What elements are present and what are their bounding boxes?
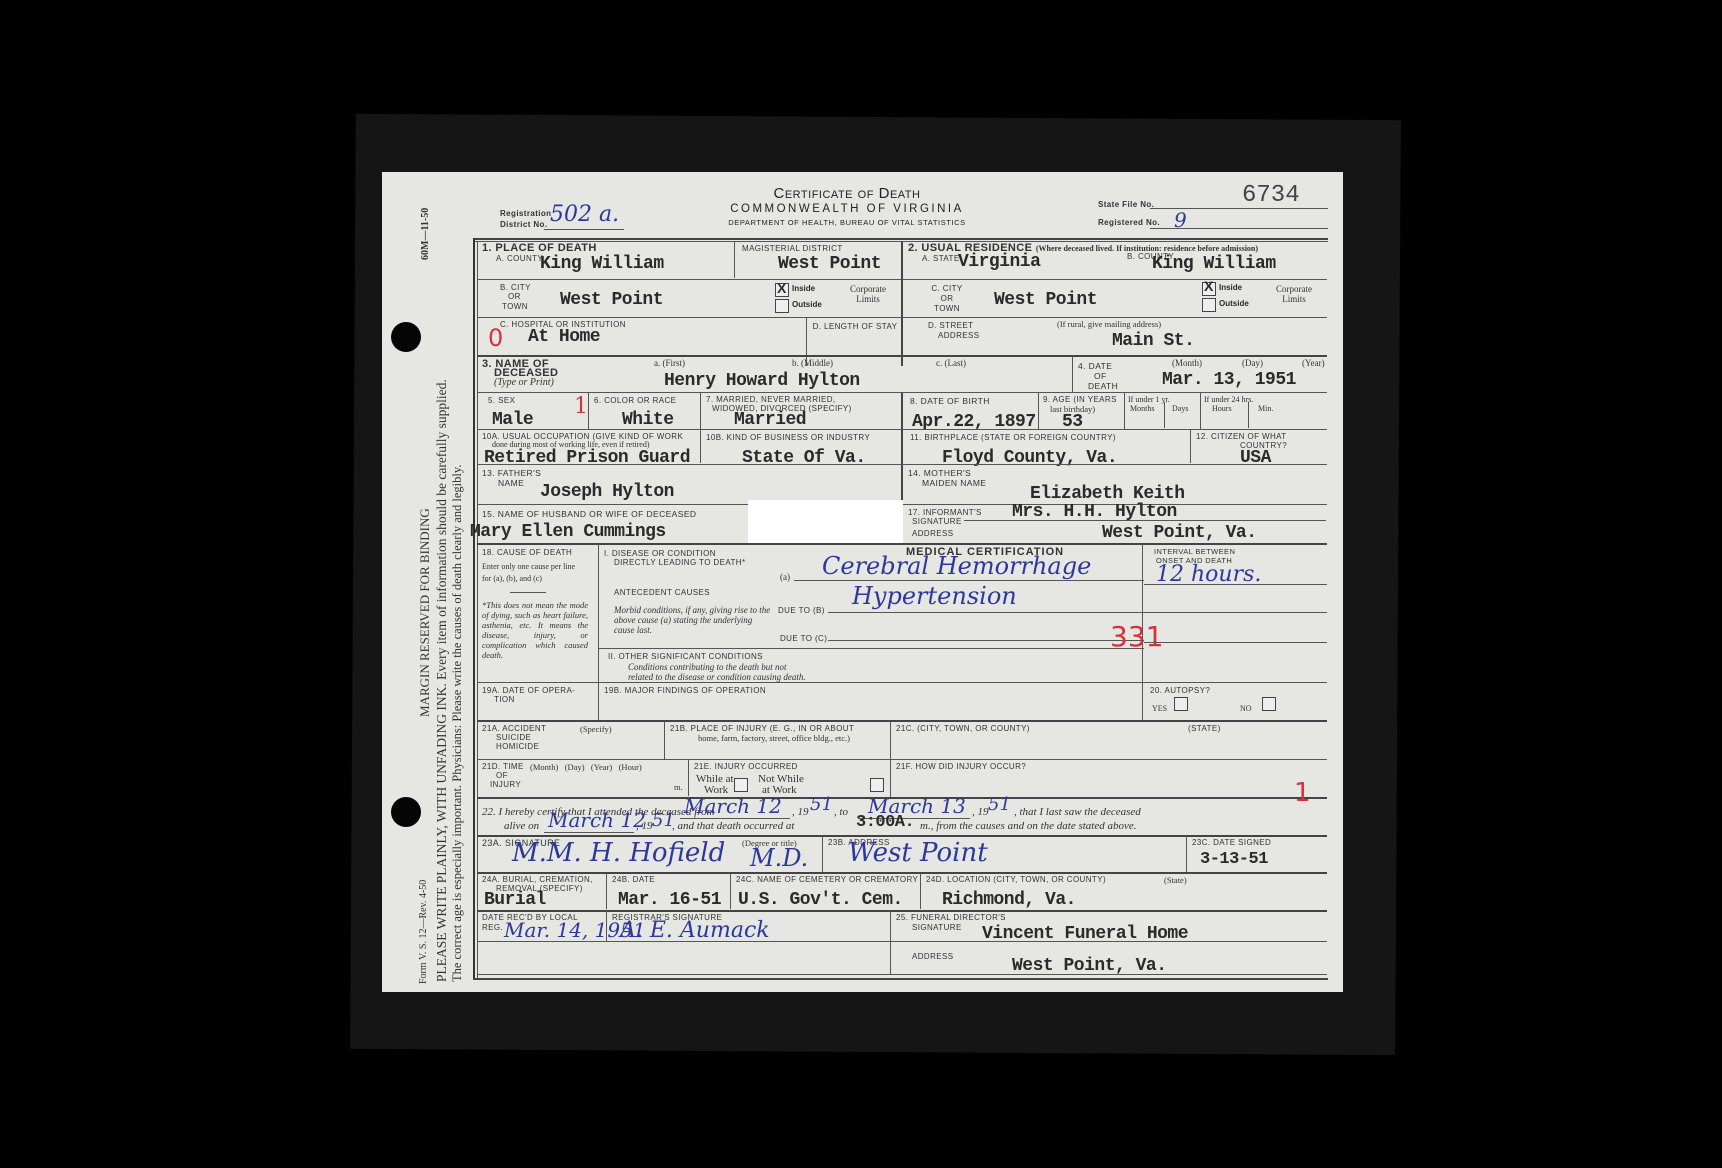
red-mark-certification: 1 [1294, 778, 1311, 808]
red-mark-sex: 1 [574, 394, 588, 419]
first-name-label: a. (First) [654, 358, 685, 368]
outside-checkbox[interactable] [775, 299, 789, 313]
place-county-value: King William [540, 254, 664, 274]
attended-from-year: 51 [810, 794, 833, 815]
mother-maiden-label: Maiden Name [922, 478, 986, 488]
to-label: , to [834, 806, 848, 818]
spouse-label: 15. Name of Husband or Wife of Deceased [482, 509, 696, 519]
informant-address-value: West Point, Va. [1102, 523, 1257, 543]
physician-address: West Point [848, 838, 988, 868]
residence-city-label: c. City or Town [927, 284, 967, 314]
autopsy-yes-checkbox[interactable] [1174, 697, 1188, 711]
autopsy-no-checkbox[interactable] [1262, 697, 1276, 711]
cause-a-label: (a) [780, 572, 790, 582]
month-label: (Month) [1172, 358, 1202, 368]
operation-date-label-2: tion [494, 695, 515, 705]
residence-state-label: a. State [922, 254, 960, 264]
state-file-number: 6734 [1242, 182, 1300, 209]
date-signed-value: 3-13-51 [1200, 850, 1268, 869]
margin-binding-text: MARGIN RESERVED FOR BINDING [417, 508, 433, 717]
informant-address-label: Address [912, 529, 953, 539]
instructions-line-1: PLEASE WRITE PLAINLY, WITH UNFADING INK.… [434, 379, 450, 982]
not-while-at-work-checkbox[interactable] [870, 778, 884, 792]
middle-name-label: b. (Middle) [792, 358, 833, 368]
form-code: 60M—11-50 [420, 208, 431, 260]
inside-checkbox[interactable]: X [775, 283, 789, 297]
funeral-director-label: 25. Funeral Director's [896, 913, 1006, 923]
certification-text-4: m., from the causes and on the date stat… [920, 820, 1137, 832]
informant-signature-label: Signature [912, 517, 962, 527]
date-of-death-value: Mar. 13, 1951 [1162, 370, 1296, 390]
department-name: Department of Health, Bureau of Vital St… [682, 218, 1012, 227]
attended-to-year: 51 [988, 794, 1011, 815]
dob-label: 8. Date of Birth [910, 396, 990, 406]
certification-text-2: , that I last saw the deceased [1014, 806, 1141, 818]
autopsy-no-label: NO [1240, 704, 1252, 713]
length-of-stay-label: d. Length of Stay [812, 322, 898, 332]
burial-date-value: Mar. 16-51 [618, 890, 721, 910]
father-value: Joseph Hylton [540, 482, 674, 502]
death-time-value: 3:00A. [856, 813, 914, 832]
funeral-address-label: Address [912, 952, 953, 962]
punch-hole-top [391, 322, 421, 352]
residence-city-value: West Point [994, 290, 1097, 310]
registrar-signature: A. E. Aumack [620, 918, 770, 943]
operation-findings-label: 19b. Major Findings of Operation [604, 686, 766, 696]
alive-year-prefix: , 19 [636, 820, 653, 832]
burial-location-label: 24d. Location (City, town, or county) [926, 875, 1106, 885]
injury-how-label: 21f. How Did Injury Occur? [896, 762, 1026, 772]
mother-value: Elizabeth Keith [1030, 484, 1185, 504]
cause-instruction-2: for (a), (b), and (c) [482, 574, 542, 583]
cause-of-death-label: 18. Cause of Death [482, 548, 572, 558]
street-note: (If rural, give mailing address) [1057, 319, 1161, 329]
type-or-print-label: (Type or Print) [494, 377, 554, 388]
antecedent-label: Antecedent Causes [614, 588, 710, 598]
instructions-line-2: The correct age is especially important.… [450, 465, 465, 982]
days-label: Days [1172, 404, 1188, 413]
residence-outside-label: Outside [1219, 299, 1249, 308]
city-or-label: or [508, 292, 521, 302]
cause-footnote: *This does not mean the mode of dying, s… [482, 600, 588, 660]
from-year-prefix: , 19 [792, 806, 809, 818]
dod-of-label: of [1094, 371, 1107, 381]
section-1-label: 1. Place of Death [482, 243, 597, 253]
injury-time-injury-label: Injury [490, 780, 521, 790]
date-received-reg-label: Reg. [482, 923, 503, 933]
injury-time-columns: (Month) (Day) (Year) (Hour) [530, 762, 642, 772]
father-label: 13. Father's [482, 468, 541, 478]
street-label: d. Street [928, 321, 973, 331]
year-label: (Year) [1302, 358, 1325, 368]
burial-location-value: Richmond, Va. [942, 890, 1076, 910]
city-town-label: Town [502, 302, 528, 312]
business-value: State Of Va. [742, 448, 866, 468]
months-label: Months [1130, 404, 1154, 413]
part-2-label: II. Other Significant Conditions [608, 652, 763, 662]
date-signed-label: 23c. Date Signed [1192, 838, 1271, 848]
hours-label: Hours [1212, 404, 1232, 413]
residence-inside-label: Inside [1219, 283, 1242, 292]
county-label: a. County [496, 254, 543, 264]
homicide-label: Homicide [496, 742, 539, 752]
registration-district: Registration District No. [500, 208, 550, 230]
place-city-value: West Point [560, 290, 663, 310]
mother-label: 14. Mother's [908, 468, 971, 478]
state-file-label: State File No. [1098, 200, 1154, 210]
cause-instruction-1: Enter only one cause per line [482, 562, 575, 571]
morbid-note: Morbid conditions, if any, giving rise t… [614, 605, 774, 635]
residence-corporate-label: Corporate Limits [1270, 284, 1318, 304]
certification-text-3: , and that death occurred at [672, 820, 794, 832]
corporate-limits-label: Corporate Limits [844, 284, 892, 304]
deceased-name-value: Henry Howard Hylton [664, 371, 860, 391]
part-2-note-2: related to the disease or condition caus… [628, 672, 806, 682]
cemetery-label: 24c. Name of Cemetery or Crematory [736, 875, 918, 885]
dod-label: 4. Date [1078, 361, 1112, 371]
due-to-c-label: DUE TO (c) [780, 634, 827, 644]
burial-date-label: 24b. Date [612, 875, 655, 885]
citizen-value: USA [1240, 448, 1271, 468]
cemetery-value: U.S. Gov't. Cem. [738, 890, 903, 910]
to-year-prefix: , 19 [972, 806, 989, 818]
race-value: White [622, 410, 674, 430]
inside-label: Inside [792, 284, 815, 293]
autopsy-yes-label: YES [1152, 704, 1167, 713]
sex-value: Male [492, 410, 533, 430]
autopsy-label: 20. Autopsy? [1150, 686, 1210, 696]
cause-a-value: Cerebral Hemorrhage [822, 552, 1091, 580]
attended-from-date: March 12 [684, 794, 782, 818]
injury-specify-label: (Specify) [580, 724, 612, 734]
injury-m-label: m. [674, 782, 683, 792]
due-to-b-label: DUE TO (b) [778, 606, 825, 616]
death-certificate: 60M—11-50 MARGIN RESERVED FOR BINDING PL… [382, 172, 1343, 992]
red-mark-zero: 0 [488, 324, 503, 352]
cause-b-value: Hypertension [852, 582, 1017, 610]
residence-state-value: Virginia [958, 252, 1040, 272]
under-24-hours-label: If under 24 hrs. [1204, 395, 1253, 404]
physician-signature: M.M. H. Hofield [512, 838, 725, 868]
burial-value: Burial [484, 890, 546, 910]
alive-on-date: March 12 [548, 808, 646, 832]
magisterial-value: West Point [778, 254, 881, 274]
hospital-value: At Home [528, 327, 600, 347]
funeral-address-value: West Point, Va. [1012, 956, 1167, 976]
punch-hole-bottom [391, 797, 421, 827]
minutes-label: Min. [1258, 404, 1273, 413]
redacted-box [748, 500, 903, 543]
residence-county-value: King William [1152, 254, 1276, 274]
registration-district-value: 502 a. [550, 202, 619, 227]
alive-on-label: alive on [504, 820, 539, 832]
street-address-label: Address [938, 331, 979, 341]
outside-label: Outside [792, 300, 822, 309]
physician-degree: M.D. [750, 844, 808, 872]
injury-place-note: home, farm, factory, street, office bldg… [698, 733, 850, 743]
father-name-label: Name [498, 478, 524, 488]
form-number: Form V. S. 12—Rev. 4-50 [418, 880, 429, 984]
injury-state-label: (State) [1188, 724, 1221, 734]
residence-street-value: Main St. [1112, 331, 1194, 351]
title-block: Certificate of Death Commonwealth of Vir… [682, 185, 1012, 227]
spouse-value: Mary Ellen Cummings [470, 522, 666, 542]
part-1-label-2: Directly Leading to Death* [614, 558, 745, 568]
part-2-note-1: Conditions contributing to the death but… [628, 662, 787, 672]
certificate-subtitle: Commonwealth of Virginia [682, 203, 1012, 215]
magisterial-label: Magisterial District [742, 244, 843, 254]
certificate-title: Certificate of Death [682, 185, 1012, 202]
last-name-label: c. (Last) [936, 358, 966, 368]
funeral-signature-label: Signature [912, 923, 962, 933]
burial-state-label: (State) [1164, 875, 1187, 885]
while-at-work-checkbox[interactable] [734, 778, 748, 792]
residence-inside-checkbox[interactable]: X [1202, 282, 1216, 296]
occupation-value: Retired Prison Guard [484, 448, 690, 468]
injury-occurred-label: 21e. Injury Occurred [694, 762, 798, 772]
informant-value: Mrs. H.H. Hylton [1012, 502, 1177, 522]
birthplace-label: 11. Birthplace (State or foreign country… [910, 433, 1116, 443]
business-label: 10b. Kind of Business or Industry [706, 433, 896, 443]
race-label: 6. Color or Race [594, 396, 676, 406]
marital-value: Married [734, 410, 806, 430]
residence-outside-checkbox[interactable] [1202, 298, 1216, 312]
dod-death-label: Death [1088, 381, 1118, 391]
birthplace-value: Floyd County, Va. [942, 448, 1117, 468]
day-label: (Day) [1242, 358, 1263, 368]
sex-label: 5. Sex [488, 396, 515, 406]
registered-label: Registered No. [1098, 218, 1160, 228]
injury-city-label: 21c. (City, Town, or County) [896, 724, 1030, 734]
